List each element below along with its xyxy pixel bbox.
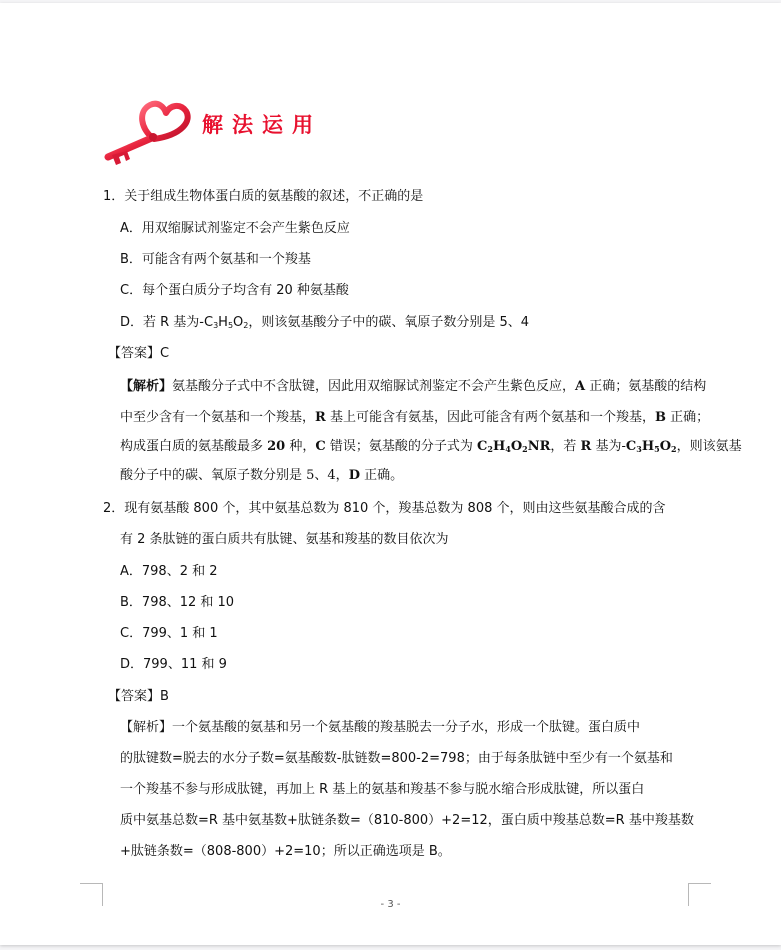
analysis-text: 种， bbox=[285, 439, 315, 454]
analysis-text: 正确；氨基酸的结构 bbox=[585, 379, 706, 394]
document-page: 解法运用 1．关于组成生物体蛋白质的氨基酸的叙述，不正确的是 A．用双缩脲试剂鉴… bbox=[0, 3, 781, 945]
formula: C3H5O2 bbox=[626, 439, 677, 454]
analysis-label: 【解析】 bbox=[120, 720, 172, 735]
question-2-option-b: B．798、12 和 10 bbox=[120, 595, 234, 611]
formula-part: NR bbox=[528, 439, 551, 454]
question-1-option-d: D．若 R 基为-C3H5O2，则该氨基酸分子中的碳、氧原子数分别是 5、4 bbox=[120, 315, 529, 331]
formula-part: C bbox=[477, 439, 487, 454]
question-1-option-a: A．用双缩脲试剂鉴定不会产生紫色反应 bbox=[120, 221, 350, 237]
analysis-text: ，若 bbox=[550, 439, 580, 454]
formula-part: C bbox=[626, 439, 636, 454]
analysis-text: D bbox=[349, 468, 360, 483]
analysis-text: 基为- bbox=[591, 439, 626, 454]
question-2-option-c: C．799、1 和 1 bbox=[120, 626, 218, 642]
analysis-text: 一个氨基酸的氨基和另一个氨基酸的羧基脱去一分子水，形成一个肽键。蛋白质中 bbox=[172, 720, 640, 735]
question-1-analysis-line: 构成蛋白质的氨基酸最多 20 种，C 错误；氨基酸的分子式为 C2H4O2NR，… bbox=[120, 439, 742, 455]
question-1-analysis-line: 酸分子中的碳、氧原子数分别是 5、4，D 正确。 bbox=[120, 468, 403, 484]
heart-key-icon bbox=[98, 95, 198, 171]
formula-part: H bbox=[493, 439, 505, 454]
formula-part: O bbox=[511, 439, 522, 454]
answer-value: C bbox=[160, 346, 169, 361]
question-1-answer: 【答案】C bbox=[108, 346, 169, 362]
analysis-text: 氨基酸分子式中不含肽键，因此用双缩脲试剂鉴定不会产生紫色反应， bbox=[172, 379, 575, 394]
analysis-text: 正确； bbox=[666, 410, 709, 425]
analysis-text: 中至少含有一个氨基和一个羧基， bbox=[120, 410, 315, 425]
question-2-analysis-line: 一个羧基不参与形成肽键，再加上 R 基上的氨基和羧基不参与脱水缩合形成肽键，所以… bbox=[120, 782, 644, 798]
analysis-text: 构成蛋白质的氨基酸最多 bbox=[120, 439, 267, 454]
question-1-analysis-line: 【解析】氨基酸分子式中不含肽键，因此用双缩脲试剂鉴定不会产生紫色反应，A 正确；… bbox=[120, 379, 706, 395]
section-heading: 解法运用 bbox=[98, 95, 338, 171]
question-2-analysis-line: 【解析】一个氨基酸的氨基和另一个氨基酸的羧基脱去一分子水，形成一个肽键。蛋白质中 bbox=[120, 720, 640, 736]
heading-title: 解法运用 bbox=[202, 109, 322, 139]
option-d-text: ，则该氨基酸分子中的碳、氧原子数分别是 5、4 bbox=[248, 315, 529, 330]
formula: C2H4O2NR bbox=[477, 439, 550, 454]
analysis-text: 正确。 bbox=[360, 468, 403, 483]
question-2-stem-line-2: 有 2 条肽链的蛋白质共有肽键、氨基和羧基的数目依次为 bbox=[120, 532, 449, 548]
formula-part: H bbox=[642, 439, 654, 454]
question-1-stem: 1．关于组成生物体蛋白质的氨基酸的叙述，不正确的是 bbox=[103, 189, 423, 205]
question-2-analysis-line: 的肽键数=脱去的水分子数=氨基酸数-肽链数=800-2=798；由于每条肽链中至… bbox=[120, 751, 673, 767]
analysis-text: ，则该氨基 bbox=[677, 439, 742, 454]
question-2-option-d: D．799、11 和 9 bbox=[120, 657, 227, 673]
analysis-text: C bbox=[315, 439, 325, 454]
question-2-stem-line-1: 2．现有氨基酸 800 个，其中氨基总数为 810 个，羧基总数为 808 个，… bbox=[103, 501, 666, 517]
analysis-text: 基上可能含有氨基，因此可能含有两个氨基和一个羧基， bbox=[326, 410, 655, 425]
analysis-text: 错误；氨基酸的分子式为 bbox=[326, 439, 477, 454]
option-d-text: D．若 R 基为-C bbox=[120, 315, 213, 330]
analysis-text: 20 bbox=[267, 439, 285, 454]
question-2-option-a: A．798、2 和 2 bbox=[120, 564, 218, 580]
analysis-text: R bbox=[315, 410, 326, 425]
option-d-text: H bbox=[218, 315, 228, 330]
analysis-text: A bbox=[575, 379, 585, 394]
formula-part: O bbox=[660, 439, 671, 454]
question-2-analysis-line: 质中氨基总数=R 基中氨基数+肽链条数=（810-800）+2=12，蛋白质中羧… bbox=[120, 813, 694, 829]
question-2-answer: 【答案】B bbox=[108, 689, 169, 705]
analysis-text: B bbox=[655, 410, 666, 425]
question-1-option-b: B．可能含有两个氨基和一个羧基 bbox=[120, 252, 311, 268]
answer-value: B bbox=[160, 689, 169, 704]
question-2-analysis-line: +肽链条数=（808-800）+2=10；所以正确选项是 B。 bbox=[120, 844, 451, 860]
analysis-text: 酸分子中的碳、氧原子数分别是 5、4， bbox=[120, 468, 349, 483]
analysis-label: 【解析】 bbox=[120, 379, 172, 394]
page-number: - 3 - bbox=[0, 899, 781, 910]
answer-label: 【答案】 bbox=[108, 346, 160, 361]
option-d-text: O bbox=[233, 315, 243, 330]
answer-label: 【答案】 bbox=[108, 689, 160, 704]
analysis-text: R bbox=[581, 439, 592, 454]
question-1-analysis-line: 中至少含有一个氨基和一个羧基，R 基上可能含有氨基，因此可能含有两个氨基和一个羧… bbox=[120, 410, 709, 426]
question-1-option-c: C．每个蛋白质分子均含有 20 种氨基酸 bbox=[120, 283, 349, 299]
